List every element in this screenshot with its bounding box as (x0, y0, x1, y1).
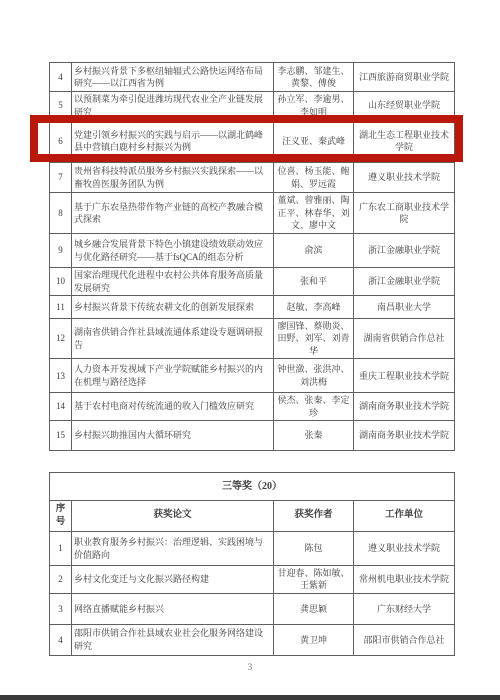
table-header-row: 序号 获奖论文 获奖作者 工作单位 (50, 501, 455, 532)
paper-authors: 俞滨 (274, 234, 354, 268)
red-highlight-box (30, 115, 463, 162)
table-row: 2 乡村文化变迁与文化振兴路径构建 甘迎春、陈如敏、王紫新 常州机电职业技术学院 (50, 566, 455, 594)
table-title: 三等奖（20） (50, 473, 455, 501)
work-unit: 浙江金融职业学院 (354, 234, 455, 268)
row-number: 9 (50, 234, 72, 268)
paper-authors: 董斌、曾雅丽、陶正平、林春华、刘文、廖中文 (274, 193, 354, 234)
work-unit: 邵阳市供销合作总社 (354, 624, 455, 655)
paper-authors: 甘迎春、陈如敏、王紫新 (274, 566, 354, 594)
work-unit: 江西旅游商贸职业学院 (354, 63, 455, 92)
paper-title: 国家治理现代化进程中农村公共体育服务高质量发展研究 (72, 268, 274, 296)
row-number: 2 (50, 566, 72, 594)
paper-authors: 李志鹏、邹建生、黄黎、傅俊 (274, 63, 354, 92)
work-unit: 常州机电职业技术学院 (354, 566, 455, 594)
paper-title: 乡村振兴助推国内大循环研究 (72, 421, 274, 451)
table-row: 8 基于广东农垦热带作物产业链的高校产教融合模式探索 董斌、曾雅丽、陶正平、林春… (50, 193, 455, 234)
table-row: 9 城乡融合发展背景下特色小镇建设绩效联动效应与优化路径研究——基于fsQCA的… (50, 234, 455, 268)
row-number: 7 (50, 163, 72, 193)
paper-authors: 侯杰、张秦、李定珍 (274, 393, 354, 421)
row-number: 4 (50, 624, 72, 655)
table-row: 12 湖南省供销合作社县域流通体系建设专题调研报告 廖国锋、蔡勋炎、田野、刘军、… (50, 319, 455, 359)
paper-authors: 赵敏、李高峰 (274, 296, 354, 319)
work-unit: 广东农工商职业技术学院 (354, 193, 455, 234)
table-title-row: 三等奖（20） (50, 473, 455, 501)
header-number: 序号 (50, 501, 72, 532)
header-author: 获奖作者 (274, 501, 354, 532)
table-row: 1 职业教育服务乡村振兴：治理逻辑、实践困境与价值路向 陈包 遵义职业技术学院 (50, 532, 455, 566)
document-page: 4 乡村振兴背景下多枢纽轴辐式公路快运网络布局研究——以江西省为例 李志鹏、邹建… (0, 0, 500, 700)
table-row: 14 基于农村电商对传统流通的收入门槛效应研究 侯杰、张秦、李定珍 湖南商务职业… (50, 393, 455, 421)
row-number: 1 (50, 532, 72, 566)
work-unit: 湖南商务职业技术学院 (354, 393, 455, 421)
work-unit: 遵义职业技术学院 (354, 532, 455, 566)
paper-title: 网络直播赋能乡村振兴 (72, 593, 274, 624)
paper-title: 贵州省科技特派员服务乡村振兴实践探索——以畜牧兽医服务团队为例 (72, 163, 274, 193)
row-number: 4 (50, 63, 72, 92)
paper-title: 职业教育服务乡村振兴：治理逻辑、实践困境与价值路向 (72, 532, 274, 566)
table-row: 4 邵阳市供销合作社县域农业社会化服务网络建设研究 黄卫坤 邵阳市供销合作总社 (50, 624, 455, 655)
work-unit: 湖南省供销合作总社 (354, 319, 455, 359)
row-number: 11 (50, 296, 72, 319)
paper-authors: 钟世潋、张洪冲、刘洪梅 (274, 359, 354, 393)
row-number: 12 (50, 319, 72, 359)
paper-title: 乡村文化变迁与文化振兴路径构建 (72, 566, 274, 594)
table-row: 11 乡村振兴背景下传统农耕文化的创新发展探索 赵敏、李高峰 南昌职业大学 (50, 296, 455, 319)
page-number: 3 (0, 662, 500, 672)
row-number: 8 (50, 193, 72, 234)
header-unit: 工作单位 (354, 501, 455, 532)
row-number: 15 (50, 421, 72, 451)
work-unit: 南昌职业大学 (354, 296, 455, 319)
paper-authors: 龚思颖 (274, 593, 354, 624)
paper-title: 乡村振兴背景下传统农耕文化的创新发展探索 (72, 296, 274, 319)
table-row: 13 人力资本开发视域下产业学院赋能乡村振兴的内在机理与路径选择 钟世潋、张洪冲… (50, 359, 455, 393)
work-unit: 湖南商务职业技术学院 (354, 421, 455, 451)
paper-authors: 张秦 (274, 421, 354, 451)
row-number: 3 (50, 593, 72, 624)
paper-title: 邵阳市供销合作社县域农业社会化服务网络建设研究 (72, 624, 274, 655)
work-unit: 浙江金融职业学院 (354, 268, 455, 296)
paper-authors: 陈包 (274, 532, 354, 566)
paper-title: 城乡融合发展背景下特色小镇建设绩效联动效应与优化路径研究——基于fsQCA的组态… (72, 234, 274, 268)
header-paper: 获奖论文 (72, 501, 274, 532)
page-edge-bar (0, 695, 500, 700)
table-row: 3 网络直播赋能乡村振兴 龚思颖 广东财经大学 (50, 593, 455, 624)
table-row: 4 乡村振兴背景下多枢纽轴辐式公路快运网络布局研究——以江西省为例 李志鹏、邹建… (50, 63, 455, 92)
paper-title: 基于农村电商对传统流通的收入门槛效应研究 (72, 393, 274, 421)
table-row: 10 国家治理现代化进程中农村公共体育服务高质量发展研究 张和平 浙江金融职业学… (50, 268, 455, 296)
paper-title: 湖南省供销合作社县域流通体系建设专题调研报告 (72, 319, 274, 359)
paper-authors: 张和平 (274, 268, 354, 296)
third-prize-table: 三等奖（20） 序号 获奖论文 获奖作者 工作单位 1 职业教育服务乡村振兴：治… (49, 472, 455, 656)
row-number: 13 (50, 359, 72, 393)
work-unit: 遵义职业技术学院 (354, 163, 455, 193)
paper-title: 人力资本开发视域下产业学院赋能乡村振兴的内在机理与路径选择 (72, 359, 274, 393)
paper-title: 乡村振兴背景下多枢纽轴辐式公路快运网络布局研究——以江西省为例 (72, 63, 274, 92)
paper-authors: 黄卫坤 (274, 624, 354, 655)
table-row: 7 贵州省科技特派员服务乡村振兴实践探索——以畜牧兽医服务团队为例 位喜、杨玉能… (50, 163, 455, 193)
row-number: 10 (50, 268, 72, 296)
paper-authors: 位喜、杨玉能、鲍娟、罗远霞 (274, 163, 354, 193)
paper-title: 基于广东农垦热带作物产业链的高校产教融合模式探索 (72, 193, 274, 234)
table-row: 15 乡村振兴助推国内大循环研究 张秦 湖南商务职业技术学院 (50, 421, 455, 451)
row-number: 14 (50, 393, 72, 421)
paper-authors: 廖国锋、蔡勋炎、田野、刘军、刘青华 (274, 319, 354, 359)
work-unit: 重庆工程职业技术学院 (354, 359, 455, 393)
work-unit: 广东财经大学 (354, 593, 455, 624)
